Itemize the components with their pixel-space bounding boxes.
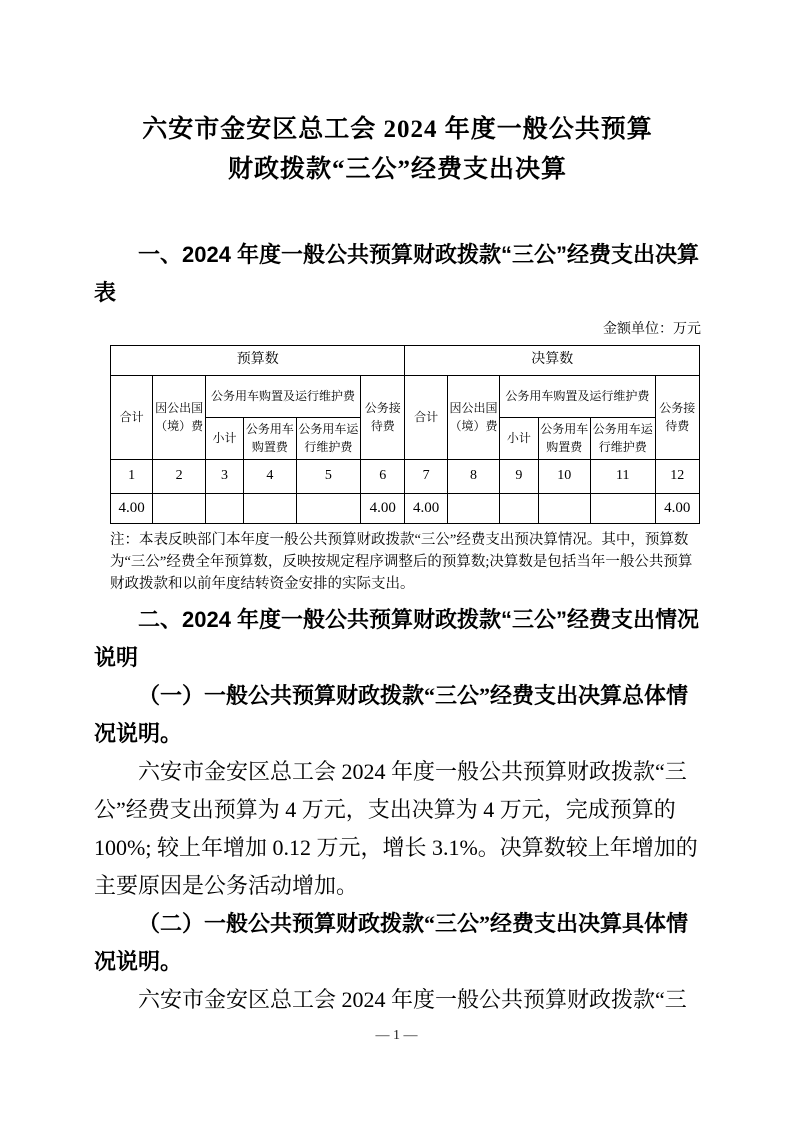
value-cell bbox=[296, 494, 361, 524]
header-budget-vehicle: 公务用车购置及运行维护费 bbox=[205, 376, 360, 418]
paragraph-overall-explanation: 六安市金安区总工会 2024 年度一般公共预算财政拨款“三公”经费支出预算为 4… bbox=[94, 753, 701, 905]
header-budget-vehicle-subtotal: 小计 bbox=[205, 418, 243, 460]
header-final-vehicle-subtotal: 小计 bbox=[500, 418, 538, 460]
col-number: 2 bbox=[153, 460, 205, 494]
col-number: 7 bbox=[405, 460, 447, 494]
col-number: 6 bbox=[361, 460, 405, 494]
header-final-total: 合计 bbox=[405, 376, 447, 460]
value-cell bbox=[244, 494, 296, 524]
table-group-header-row: 预算数 决算数 bbox=[111, 346, 700, 376]
header-budget-vehicle-operation: 公务用车运行维护费 bbox=[296, 418, 361, 460]
header-final-vehicle: 公务用车购置及运行维护费 bbox=[500, 376, 655, 418]
subsection-two-heading: （二）一般公共预算财政拨款“三公”经费支出决算具体情况说明。 bbox=[94, 905, 701, 981]
col-number: 5 bbox=[296, 460, 361, 494]
value-cell bbox=[447, 494, 499, 524]
header-budget-vehicle-purchase: 公务用车购置费 bbox=[244, 418, 296, 460]
col-number: 10 bbox=[538, 460, 590, 494]
three-public-expense-table: 预算数 决算数 合计 因公出国（境）费 公务用车购置及运行维护费 公务接待费 合… bbox=[110, 345, 700, 524]
col-number: 1 bbox=[111, 460, 153, 494]
col-number: 3 bbox=[205, 460, 243, 494]
table-column-number-row: 1 2 3 4 5 6 7 8 9 10 11 12 bbox=[111, 460, 700, 494]
page-content: 六安市金安区总工会 2024 年度一般公共预算 财政拨款“三公”经费支出决算 一… bbox=[0, 0, 793, 1019]
table-note: 注：本表反映部门本年度一般公共预算财政拨款“三公”经费支出预决算情况。其中，预算… bbox=[110, 529, 701, 595]
value-cell bbox=[153, 494, 205, 524]
header-final-abroad: 因公出国（境）费 bbox=[447, 376, 499, 460]
value-cell: 4.00 bbox=[405, 494, 447, 524]
section-two-heading: 二、2024 年度一般公共预算财政拨款“三公”经费支出情况说明 bbox=[94, 601, 701, 677]
section-one-heading: 一、2024 年度一般公共预算财政拨款“三公”经费支出决算表 bbox=[94, 236, 701, 312]
col-number: 4 bbox=[244, 460, 296, 494]
header-final-vehicle-purchase: 公务用车购置费 bbox=[538, 418, 590, 460]
value-cell: 4.00 bbox=[361, 494, 405, 524]
value-cell bbox=[205, 494, 243, 524]
header-budget-total: 合计 bbox=[111, 376, 153, 460]
value-cell bbox=[500, 494, 538, 524]
col-number: 11 bbox=[591, 460, 656, 494]
header-budget-abroad: 因公出国（境）费 bbox=[153, 376, 205, 460]
header-final-vehicle-operation: 公务用车运行维护费 bbox=[591, 418, 656, 460]
col-number: 9 bbox=[500, 460, 538, 494]
page-number: — 1 — bbox=[0, 1028, 793, 1044]
col-number: 12 bbox=[655, 460, 699, 494]
header-budget-reception: 公务接待费 bbox=[361, 376, 405, 460]
group-header-budget: 预算数 bbox=[111, 346, 405, 376]
value-cell: 4.00 bbox=[655, 494, 699, 524]
group-header-final: 决算数 bbox=[405, 346, 700, 376]
document-title-line1: 六安市金安区总工会 2024 年度一般公共预算 bbox=[94, 110, 701, 150]
subsection-one-heading: （一）一般公共预算财政拨款“三公”经费支出决算总体情况说明。 bbox=[94, 677, 701, 753]
value-cell bbox=[591, 494, 656, 524]
table-header-row-1: 合计 因公出国（境）费 公务用车购置及运行维护费 公务接待费 合计 因公出国（境… bbox=[111, 376, 700, 418]
document-title-line2: 财政拨款“三公”经费支出决算 bbox=[94, 150, 701, 190]
document-title: 六安市金安区总工会 2024 年度一般公共预算 财政拨款“三公”经费支出决算 bbox=[94, 0, 701, 190]
col-number: 8 bbox=[447, 460, 499, 494]
paragraph-detail-explanation: 六安市金安区总工会 2024 年度一般公共预算财政拨款“三 bbox=[94, 981, 701, 1019]
table-value-row: 4.00 4.00 4.00 4.00 bbox=[111, 494, 700, 524]
value-cell: 4.00 bbox=[111, 494, 153, 524]
value-cell bbox=[538, 494, 590, 524]
amount-unit-label: 金额单位：万元 bbox=[94, 320, 701, 340]
header-final-reception: 公务接待费 bbox=[655, 376, 699, 460]
document-page: 六安市金安区总工会 2024 年度一般公共预算 财政拨款“三公”经费支出决算 一… bbox=[0, 0, 793, 1122]
